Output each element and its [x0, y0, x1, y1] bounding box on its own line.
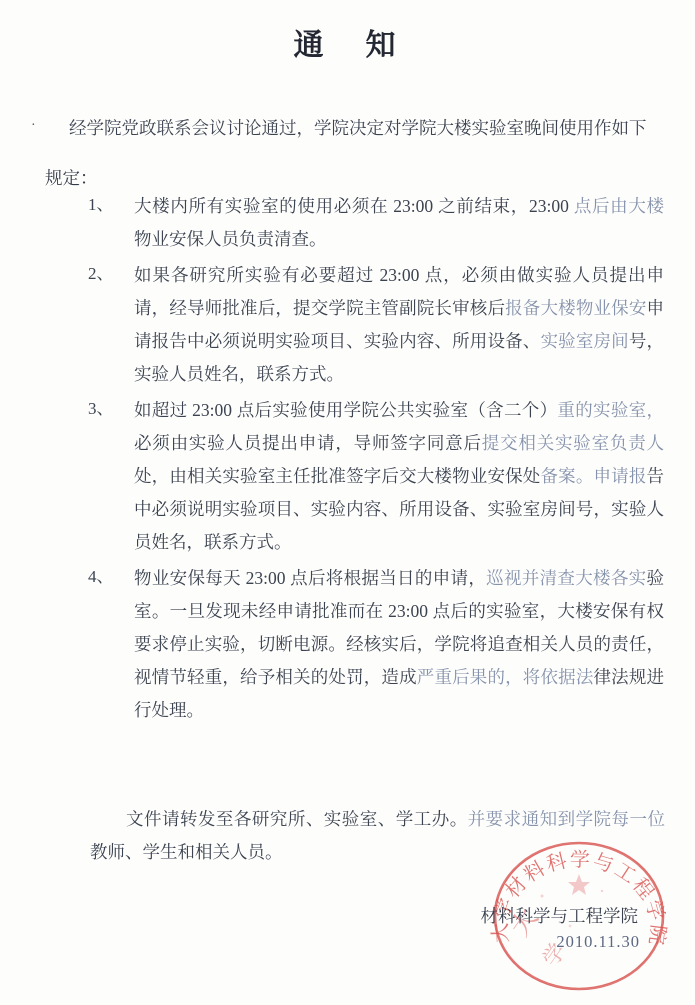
text-segment: 教师、学生和相关人员。: [90, 842, 283, 862]
rule-item-4: 4、 物业安保每天 23:00 点后将根据当日的申请，巡视并清查大楼各实验室。一…: [88, 562, 664, 727]
text-segment: 备案。申请报: [540, 466, 646, 486]
signature-name: 材料科学与工程学院: [481, 903, 639, 928]
rule-item-1: 1、 大楼内所有实验室的使用必须在 23:00 之前结束，23:00 点后由大楼…: [88, 190, 664, 256]
text-segment: 并要求通知到学院每一位: [468, 809, 665, 829]
rule-item-3: 3、 如超过 23:00 点后实验使用学院公共实验室（含二个）重的实验室，必须由…: [88, 394, 664, 559]
closing-paragraph: 文件请转发至各研究所、实验室、学工办。并要求通知到学院每一位教师、学生和相关人员…: [90, 803, 665, 869]
rule-number: 4、: [88, 562, 134, 587]
text-segment: 文件请转发至各研究所、实验室、学工办。: [126, 809, 468, 829]
notice-document-page: 通 知 · 经学院党政联系会议讨论通过，学院决定对学院大楼实验室晚间使用作如下 …: [0, 0, 695, 1005]
rule-item-2: 2、 如果各研究所实验有必要超过 23:00 点，必须由做实验人员提出申请，经导…: [88, 259, 664, 391]
rules-list: 1、 大楼内所有实验室的使用必须在 23:00 之前结束，23:00 点后由大楼…: [88, 190, 664, 730]
rules-label: 规定：: [45, 165, 98, 190]
text-segment: 如超过 23:00 点后实验使用学院公共实验室（含二个）: [134, 400, 557, 420]
rule-number: 2、: [88, 259, 134, 284]
text-segment: 大楼内所有实验室的使用必须在 23:00 之前结束，23:00: [134, 196, 574, 216]
text-segment: 重的实验室，: [557, 400, 664, 420]
seal-noise-dot: [541, 895, 544, 898]
text-segment: 必须由实验人员提出申请，导师签字同意后: [134, 433, 482, 453]
rule-text: 物业安保每天 23:00 点后将根据当日的申请，巡视并清查大楼各实验室。一旦发现…: [134, 562, 664, 727]
intro-text: 经学院党政联系会议讨论通过，学院决定对学院大楼实验室晚间使用作如下: [69, 118, 647, 138]
text-segment: 处，由相关实验室主任批准签字后交大楼物业安保处: [134, 466, 540, 486]
rule-text: 大楼内所有实验室的使用必须在 23:00 之前结束，23:00 点后由大楼物业安…: [134, 190, 664, 256]
signature-date: 2010.11.30: [556, 932, 640, 952]
text-segment: 严重后果的，将依据法: [417, 667, 594, 687]
margin-dot-mark: ·: [31, 118, 36, 134]
seal-star-icon: [568, 874, 590, 895]
notice-title: 通 知: [0, 20, 695, 64]
text-segment: 物业安保人员负责清查。: [134, 229, 327, 249]
text-segment: 物业安保每天 23:00 点后将根据当日的申请，: [134, 568, 486, 588]
rule-text: 如果各研究所实验有必要超过 23:00 点，必须由做实验人员提出申请，经导师批准…: [134, 259, 664, 391]
text-segment: 提交相关实验室负责人: [482, 433, 664, 453]
seal-noise-dot: [601, 890, 603, 892]
text-segment: 报备大楼物业保安: [505, 298, 646, 318]
text-segment: 巡视并清查大楼各实: [486, 568, 646, 588]
text-segment: 点后由大楼: [574, 196, 664, 216]
rule-text: 如超过 23:00 点后实验使用学院公共实验室（含二个）重的实验室，必须由实验人…: [134, 394, 664, 559]
text-segment: 实验室房间: [540, 331, 628, 351]
rule-number: 1、: [88, 190, 134, 215]
rule-number: 3、: [88, 394, 134, 419]
intro-paragraph: 经学院党政联系会议讨论通过，学院决定对学院大楼实验室晚间使用作如下: [45, 112, 663, 145]
